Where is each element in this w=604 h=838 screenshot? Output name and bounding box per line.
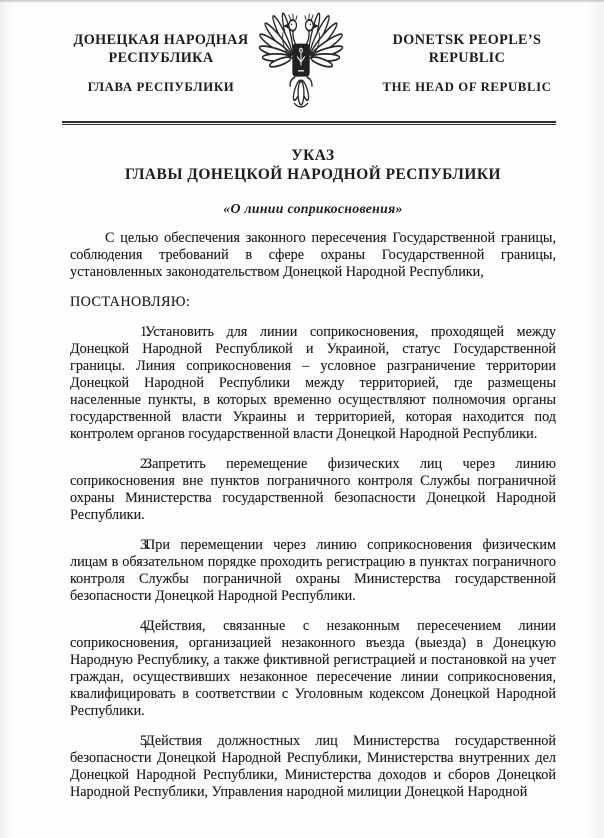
org-name-en-line2: REPUBLIC (429, 50, 506, 66)
decree-subject: «О линии соприкосновения» (70, 201, 556, 217)
letterhead: ДОНЕЦКАЯ НАРОДНАЯ РЕСПУБЛИКА ГЛАВА РЕСПУ… (0, 0, 604, 125)
org-name-en-line1: DONETSK PEOPLE’S (393, 32, 542, 48)
org-name-en: DONETSK PEOPLE’S REPUBLIC (358, 32, 576, 67)
item-number: 5. (105, 733, 145, 750)
item-text: Установить для линии соприкосновения, пр… (70, 324, 556, 442)
org-name-ru-line2: РЕСПУБЛИКА (109, 50, 214, 66)
decree-title-line2: ГЛАВЫ ДОНЕЦКОЙ НАРОДНОЙ РЕСПУБЛИКИ (70, 165, 556, 184)
item-number: 4. (105, 618, 145, 635)
letterhead-russian-block: ДОНЕЦКАЯ НАРОДНАЯ РЕСПУБЛИКА ГЛАВА РЕСПУ… (52, 32, 270, 95)
item-number: 1. (105, 324, 145, 341)
decree-item-4: 4.Действия, связанные с незаконным перес… (70, 618, 556, 720)
org-name-ru: ДОНЕЦКАЯ НАРОДНАЯ РЕСПУБЛИКА (52, 32, 270, 67)
preamble-paragraph: С целью обеспечения законного пересечени… (70, 230, 556, 281)
decree-body: УКАЗ ГЛАВЫ ДОНЕЦКОЙ НАРОДНОЙ РЕСПУБЛИКИ … (70, 146, 556, 801)
decree-item-2: 2.Запретить перемещение физических лиц ч… (70, 456, 556, 524)
org-name-ru-line1: ДОНЕЦКАЯ НАРОДНАЯ (74, 32, 249, 48)
decree-title-line1: УКАЗ (70, 146, 556, 165)
scanned-decree-page: ДОНЕЦКАЯ НАРОДНАЯ РЕСПУБЛИКА ГЛАВА РЕСПУ… (0, 0, 604, 838)
item-number: 3. (105, 537, 145, 554)
item-number: 2. (105, 456, 145, 473)
office-title-ru: ГЛАВА РЕСПУБЛИКИ (52, 80, 270, 95)
dpr-coat-of-arms-icon (256, 11, 346, 111)
office-title-en: THE HEAD OF REPUBLIC (358, 80, 576, 95)
decree-item-1: 1.Установить для линии соприкосновения, … (70, 324, 556, 443)
decree-item-5: 5.Действия должностных лиц Министерства … (70, 733, 556, 801)
decree-title: УКАЗ ГЛАВЫ ДОНЕЦКОЙ НАРОДНОЙ РЕСПУБЛИКИ (70, 146, 556, 184)
decree-item-3: 3.При перемещении через линию соприкосно… (70, 537, 556, 605)
letterhead-divider-rule (62, 121, 556, 125)
letterhead-english-block: DONETSK PEOPLE’S REPUBLIC THE HEAD OF RE… (358, 32, 576, 95)
resolution-word: ПОСТАНОВЛЯЮ: (70, 294, 556, 311)
